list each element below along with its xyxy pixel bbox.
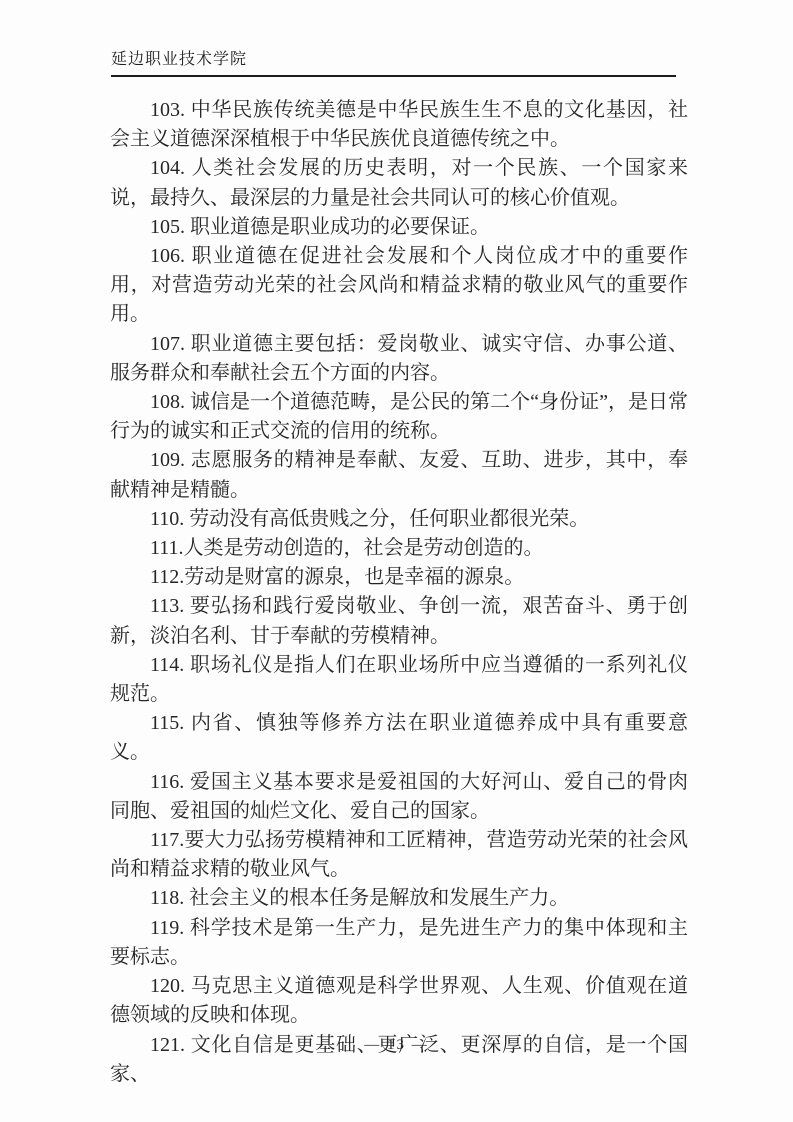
list-item: 116. 爱国主义基本要求是爱祖国的大好河山、爱自己的骨肉同胞、爱祖国的灿烂文化… xyxy=(110,768,688,826)
list-item: 114. 职场礼仪是指人们在职业场所中应当遵循的一系列礼仪规范。 xyxy=(110,651,688,709)
list-item: 108. 诚信是一个道德范畴，是公民的第二个“身份证”，是日常行为的诚实和正式交… xyxy=(110,388,688,446)
list-item: 103. 中华民族传统美德是中华民族生生不息的文化基因，社会主义道德深深植根于中… xyxy=(110,96,688,154)
document-body: 103. 中华民族传统美德是中华民族生生不息的文化基因，社会主义道德深深植根于中… xyxy=(110,96,688,1089)
page-footer: — 13 — xyxy=(0,1036,793,1054)
page-number: — 13 — xyxy=(364,1037,429,1053)
list-item: 105. 职业道德是职业成功的必要保证。 xyxy=(110,213,688,242)
list-item: 109. 志愿服务的精神是奉献、友爱、互助、进步，其中，奉献精神是精髓。 xyxy=(110,446,688,504)
list-item: 111.人类是劳动创造的，社会是劳动创造的。 xyxy=(110,534,688,563)
list-item: 104. 人类社会发展的历史表明，对一个民族、一个国家来说，最持久、最深层的力量… xyxy=(110,154,688,212)
list-item: 107. 职业道德主要包括：爱岗敬业、诚实守信、办事公道、服务群众和奉献社会五个… xyxy=(110,330,688,388)
document-page: 延边职业技术学院 103. 中华民族传统美德是中华民族生生不息的文化基因，社会主… xyxy=(0,0,793,1122)
list-item: 112.劳动是财富的源泉，也是幸福的源泉。 xyxy=(110,563,688,592)
page-header: 延边职业技术学院 xyxy=(111,50,676,77)
list-item: 118. 社会主义的根本任务是解放和发展生产力。 xyxy=(110,884,688,913)
list-item: 115. 内省、慎独等修养方法在职业道德养成中具有重要意义。 xyxy=(110,709,688,767)
list-item: 117.要大力弘扬劳模精神和工匠精神，营造劳动光荣的社会风尚和精益求精的敬业风气… xyxy=(110,826,688,884)
list-item: 113. 要弘扬和践行爱岗敬业、争创一流，艰苦奋斗、勇于创新，淡泊名利、甘于奉献… xyxy=(110,592,688,650)
school-name: 延边职业技术学院 xyxy=(111,51,247,68)
list-item: 110. 劳动没有高低贵贱之分，任何职业都很光荣。 xyxy=(110,505,688,534)
list-item: 106. 职业道德在促进社会发展和个人岗位成才中的重要作用，对营造劳动光荣的社会… xyxy=(110,242,688,330)
list-item: 120. 马克思主义道德观是科学世界观、人生观、价值观在道德领域的反映和体现。 xyxy=(110,972,688,1030)
list-item: 119. 科学技术是第一生产力，是先进生产力的集中体现和主要标志。 xyxy=(110,914,688,972)
